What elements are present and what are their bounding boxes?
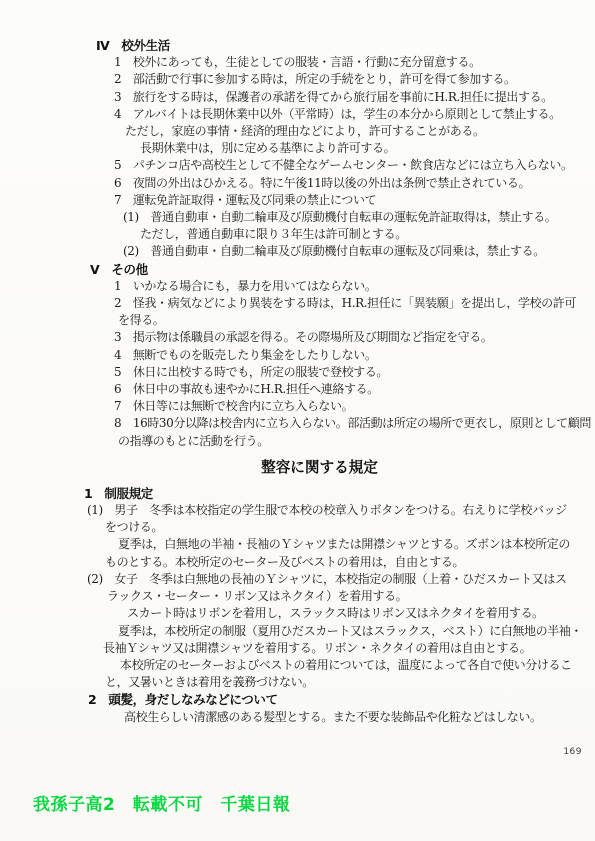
watermark: 我孫子高2 転載不可 千葉日報 [33,790,290,815]
text-line: 7 運転免許証取得・運転及び同乗の禁止について [114,192,595,209]
text-line: 2 怪我・病気などにより異装をする時は，H.R.担任に「異装願」を提出し，学校の… [114,295,595,312]
text-line: 1 いかなる場合にも，暴力を用いてはならない。 [114,278,595,295]
text-line: 夏季は，本校所定の制服（夏用ひだスカート又はスラックス，ベスト）に白無地の半袖・ [118,623,595,640]
text-line: 長袖Ｙシャツ又は開襟シャツを着用する。リボン・ネクタイの着用は自由とする。 [103,640,595,657]
text-line: 夏季は，白無地の半袖・長袖のＹシャツまたは開襟シャツとする。ズボンは本校所定の [118,536,595,553]
document-body: Ⅳ 校外生活1 校外にあっても，生徒としての服装・言語・行動に充分留意する。2 … [0,37,595,726]
text-line: スカート時はリボンを着用し，スラックス時はリボン又はネクタイを着用する。 [127,605,595,622]
text-line: (2) 普通自動車・自動二輪車及び原動機付自転車の運転及び同乗は，禁止する。 [123,243,595,260]
page-number: 169 [563,747,582,757]
text-line: 3 旅行をする時は，保護者の承諾を得てから旅行届を事前にH.R.担任に提出する。 [114,89,595,106]
text-line: を得る。 [118,312,595,329]
text-line: 4 アルバイトは長期休業中以外（平常時）は，学生の本分から原則として禁止する。 [114,106,595,123]
text-line: 本校所定のセーターおよびベストの着用については，温度によって各自で使い分けるこ [120,657,595,674]
text-line: 3 掲示物は係職員の承認を得る。その際場所及び期間など指定を守る。 [114,329,595,346]
document-heading: 整容に関する規定 [22,459,595,477]
section-heading: Ⅳ 校外生活 [96,37,595,54]
text-line: 6 休日中の事故も速やかにH.R.担任へ連絡する。 [114,381,595,398]
text-line: (1) 普通自動車・自動二輪車及び原動機付自転車の運転免許証取得は，禁止する。 [123,209,595,226]
text-line: ただし，家庭の事情・経済的理由などにより，許可することがある。 [125,123,595,140]
text-line: と，又暑いときは着用を義務づけない。 [105,674,595,691]
text-line: の指導のもとに活動を行う。 [118,433,595,450]
text-line: 5 休日に出校する時でも，所定の服装で登校する。 [114,364,595,381]
text-line: ラックス・セーター・リボン又はネクタイ）を着用する。 [107,588,595,605]
text-line: 6 夜間の外出はひかえる。特に午後11時以後の外出は条例で禁止されている。 [114,175,595,192]
text-line: ものとする。本校所定のセーター及びベストの着用は，自由とする。 [105,554,595,571]
text-line: 8 16時30分以降は校舎内に立ち入らない。部活動は所定の場所で更衣し，原則とし… [114,415,595,432]
section-heading: Ⅴ その他 [90,261,595,278]
text-line: をつける。 [105,519,595,536]
text-line: 長期休業中は，別に定める基準により許可する。 [140,140,595,157]
section-heading: 2 頭髪，身だしなみなどについて [88,691,595,708]
text-line: 7 休日等には無断で校舎内に立ち入らない。 [114,398,595,415]
text-line: 2 部活動で行事に参加する時は，所定の手続をとり，許可を得て参加する。 [114,71,595,88]
text-line: (1) 男子 冬季は本校指定の学生服で本校の校章入りボタンをつける。右えりに学校… [87,502,595,519]
section-heading: 1 制服規定 [84,485,595,502]
text-line: (2) 女子 冬季は白無地の長袖のＹシャツに，本校指定の制服（上着・ひだスカート… [87,571,595,588]
text-line: 高校生らしい清潔感のある髪型とする。また不要な装飾品や化粧などはしない。 [124,709,595,726]
document-page: Ⅳ 校外生活1 校外にあっても，生徒としての服装・言語・行動に充分留意する。2 … [0,0,595,841]
text-line: ただし，普通自動車に限り３年生は許可制とする。 [140,226,595,243]
text-line: 1 校外にあっても，生徒としての服装・言語・行動に充分留意する。 [114,54,595,71]
text-line: 5 パチンコ店や高校生として不健全なゲームセンター・飲食店などには立ち入らない。 [114,157,595,174]
text-line: 4 無断でものを販売したり集金をしたりしない。 [114,347,595,364]
